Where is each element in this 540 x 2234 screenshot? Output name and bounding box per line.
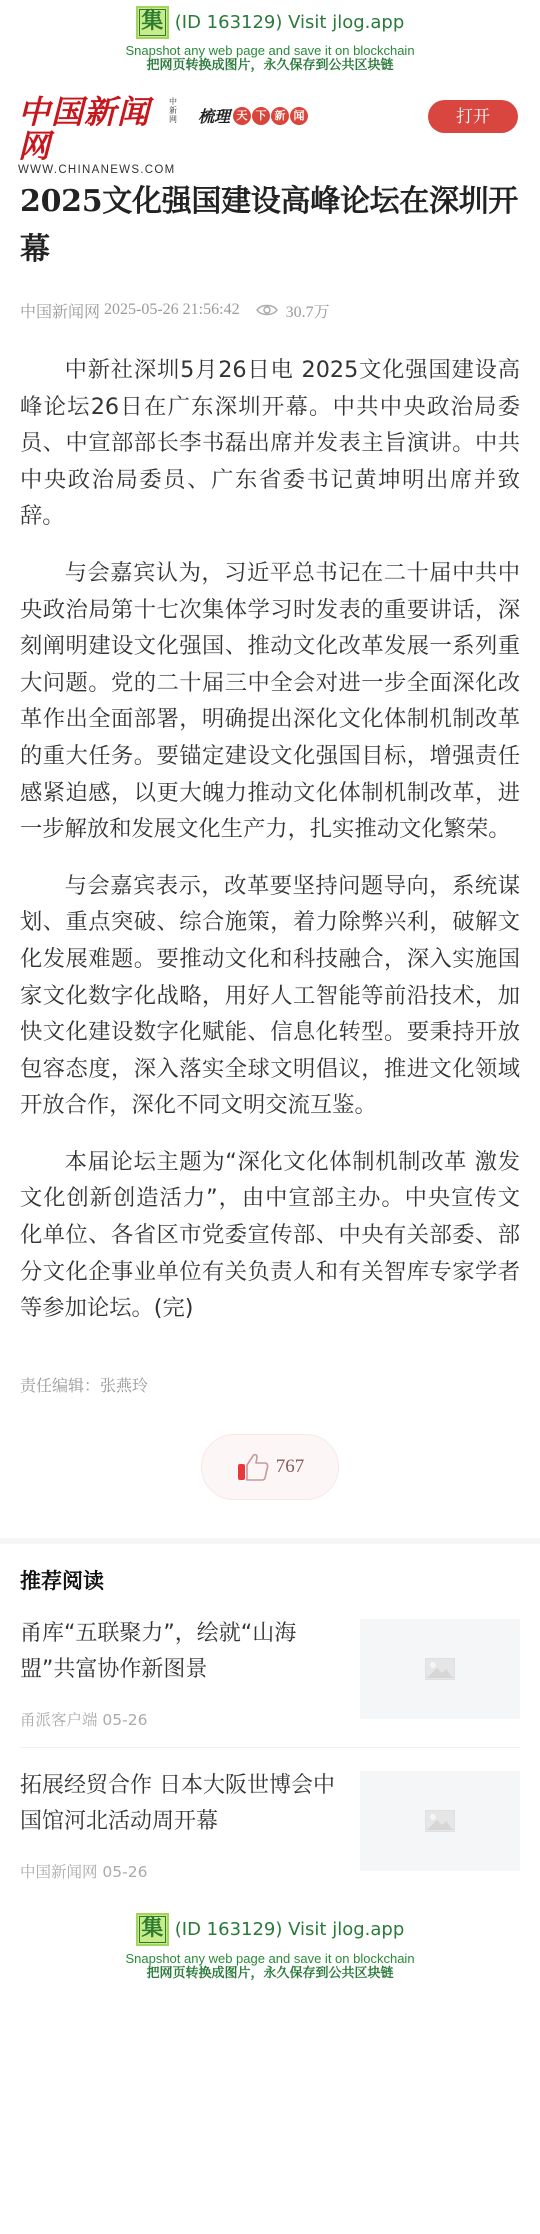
eye-icon: [256, 303, 278, 317]
article-paragraph: 本届论坛主题为“深化文化体制机制改革 激发文化创新创造活力”，由中宣部主办。中央…: [20, 1144, 520, 1327]
jlog-logo-icon: 集: [136, 1913, 169, 1946]
slogan: 梳理 天 下 新 闻: [198, 104, 308, 127]
responsible-editor: 责任编辑：张燕玲: [20, 1373, 520, 1396]
logo-url: WWW.CHINANEWS.COM: [18, 164, 178, 176]
article-title: 2025文化强国建设高峰论坛在深圳开幕: [20, 178, 520, 274]
recommended-headline[interactable]: 拓展经贸合作 日本大阪世博会中国馆河北活动周开幕: [20, 1768, 340, 1840]
section-divider: [0, 1538, 540, 1544]
open-app-button[interactable]: 打开: [428, 100, 518, 133]
slogan-circle: 下: [252, 107, 270, 125]
slogan-script: 梳理: [198, 104, 230, 127]
jlog-subtitle-cn: 把网页转换成图片，永久保存到公共区块链: [0, 1966, 540, 1981]
logo-side-text: 中新网: [169, 97, 178, 124]
recommended-item[interactable]: 甬库“五联聚力”，绘就“山海盟”共富协作新图景 甬派客户端 05-26: [20, 1596, 520, 1748]
slogan-circle: 新: [271, 107, 289, 125]
article-paragraph: 与会嘉宾表示，改革要坚持问题导向，系统谋划、重点突破、综合施策，着力除弊兴利，破…: [20, 868, 520, 1124]
article-paragraph: 中新社深圳5月26日电 2025文化强国建设高峰论坛26日在广东深圳开幕。中共中…: [20, 352, 520, 535]
jlog-logo-icon: 集: [136, 6, 169, 39]
view-count: 30.7万: [286, 299, 330, 322]
slogan-circle: 天: [233, 107, 251, 125]
jlog-subtitle-cn: 把网页转换成图片，永久保存到公共区块链: [0, 58, 540, 73]
article-body: 中新社深圳5月26日电 2025文化强国建设高峰论坛26日在广东深圳开幕。中共中…: [20, 352, 520, 1327]
recommended-thumbnail[interactable]: [360, 1771, 520, 1871]
recommended-title: 推荐阅读: [20, 1566, 520, 1596]
recommended-thumbnail[interactable]: [360, 1619, 520, 1719]
slogan-circle: 闻: [290, 107, 308, 125]
like-button[interactable]: 767: [201, 1434, 339, 1500]
article: 2025文化强国建设高峰论坛在深圳开幕 中国新闻网 2025-05-26 21:…: [0, 178, 540, 1500]
jlog-title-link[interactable]: (ID 163129) Visit jlog.app: [175, 12, 405, 33]
jlog-subtitle-en: Snapshot any web page and save it on blo…: [0, 1951, 540, 1966]
chinanews-logo[interactable]: 中国新闻网 中新网 WWW.CHINANEWS.COM: [18, 95, 178, 176]
jlog-banner-top: 集 (ID 163129) Visit jlog.app Snapshot an…: [0, 0, 540, 80]
recommended-source-date: 甬派客户端 05-26: [20, 1708, 340, 1730]
jlog-banner-bottom: 集 (ID 163129) Visit jlog.app Snapshot an…: [0, 1908, 540, 1988]
recommended-headline[interactable]: 甬库“五联聚力”，绘就“山海盟”共富协作新图景: [20, 1616, 340, 1688]
like-count: 767: [276, 1456, 305, 1478]
site-header: 中国新闻网 中新网 WWW.CHINANEWS.COM 梳理 天 下 新 闻 打…: [0, 80, 540, 160]
article-paragraph: 与会嘉宾认为，习近平总书记在二十届中共中央政治局第十七次集体学习时发表的重要讲话…: [20, 555, 520, 848]
logo-text: 中国新闻网: [18, 95, 166, 163]
jlog-title-link[interactable]: (ID 163129) Visit jlog.app: [175, 1919, 405, 1940]
jlog-subtitle-en: Snapshot any web page and save it on blo…: [0, 43, 540, 58]
recommended-source-date: 中国新闻网 05-26: [20, 1860, 340, 1882]
image-placeholder-icon: [425, 1810, 455, 1832]
image-placeholder-icon: [425, 1658, 455, 1680]
recommended-section: 推荐阅读 甬库“五联聚力”，绘就“山海盟”共富协作新图景 甬派客户端 05-26…: [0, 1566, 540, 1900]
article-datetime: 2025-05-26 21:56:42: [104, 301, 240, 319]
article-source: 中国新闻网: [20, 299, 100, 322]
article-meta: 中国新闻网 2025-05-26 21:56:42 30.7万: [20, 298, 520, 322]
recommended-item[interactable]: 拓展经贸合作 日本大阪世博会中国馆河北活动周开幕 中国新闻网 05-26: [20, 1748, 520, 1900]
thumbs-up-icon: [236, 1452, 270, 1482]
